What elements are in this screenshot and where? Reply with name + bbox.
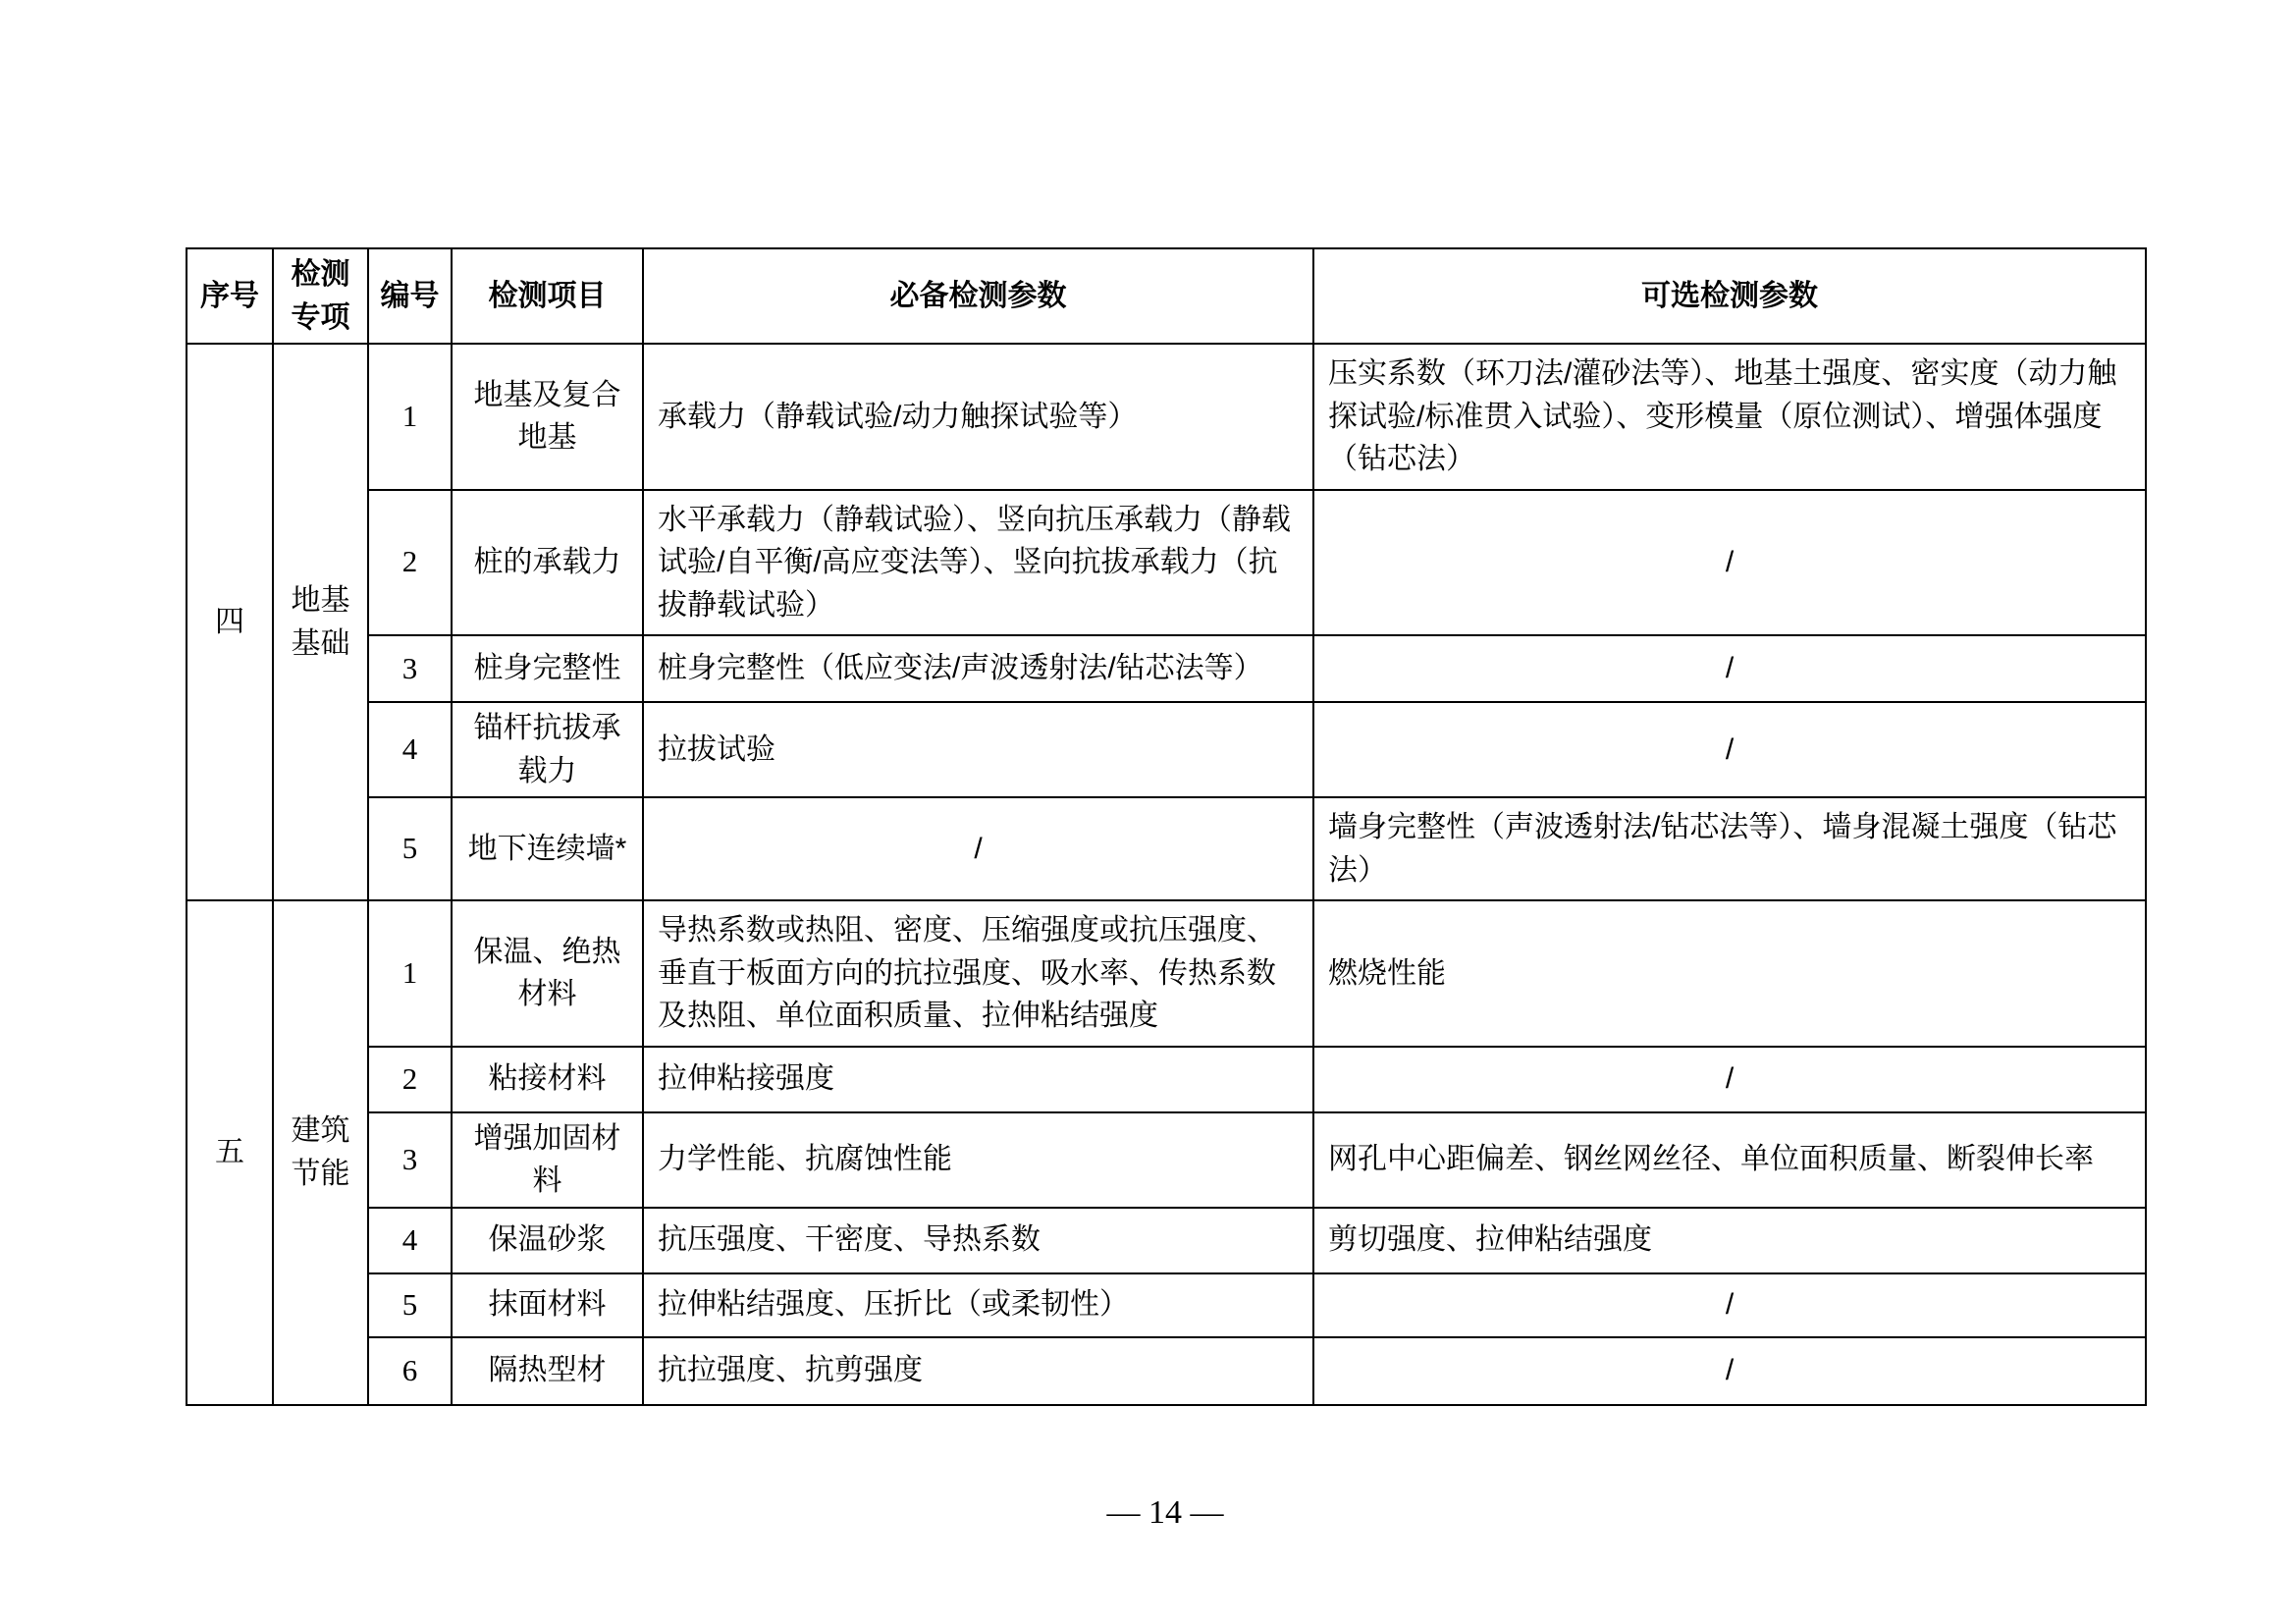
table-row: 2 桩的承载力 水平承载力（静载试验）、竖向抗压承载力（静载试验/自平衡/高应变… [187, 490, 2146, 636]
header-no: 编号 [368, 248, 452, 344]
row-optional-params: / [1313, 1337, 2146, 1405]
document-page: 序号 检测 专项 编号 检测项目 必备检测参数 可选检测参数 四 地基 基础 1… [0, 0, 2296, 1624]
row-optional-params: 压实系数（环刀法/灌砂法等）、地基土强度、密实度（动力触探试验/标准贯入试验）、… [1313, 344, 2146, 490]
section-specialty: 地基 基础 [273, 344, 368, 900]
row-required-params: 抗压强度、干密度、导热系数 [643, 1208, 1313, 1273]
row-required-params: 拉伸粘接强度 [643, 1047, 1313, 1112]
table-header-row: 序号 检测 专项 编号 检测项目 必备检测参数 可选检测参数 [187, 248, 2146, 344]
row-required-params: 水平承载力（静载试验）、竖向抗压承载力（静载试验/自平衡/高应变法等）、竖向抗拔… [643, 490, 1313, 636]
inspection-parameters-table: 序号 检测 专项 编号 检测项目 必备检测参数 可选检测参数 四 地基 基础 1… [186, 247, 2147, 1406]
row-no: 6 [368, 1337, 452, 1405]
row-required-params: / [643, 797, 1313, 900]
section-serial: 五 [187, 900, 273, 1405]
row-optional-params: 剪切强度、拉伸粘结强度 [1313, 1208, 2146, 1273]
header-item: 检测项目 [452, 248, 643, 344]
row-no: 5 [368, 797, 452, 900]
table-row: 4 保温砂浆 抗压强度、干密度、导热系数 剪切强度、拉伸粘结强度 [187, 1208, 2146, 1273]
row-required-params: 拉伸粘结强度、压折比（或柔韧性） [643, 1273, 1313, 1337]
row-item: 地基及复合地基 [452, 344, 643, 490]
row-item: 桩的承载力 [452, 490, 643, 636]
row-optional-params: / [1313, 1273, 2146, 1337]
table-row: 四 地基 基础 1 地基及复合地基 承载力（静载试验/动力触探试验等） 压实系数… [187, 344, 2146, 490]
row-item: 增强加固材料 [452, 1112, 643, 1208]
row-optional-params: 网孔中心距偏差、钢丝网丝径、单位面积质量、断裂伸长率 [1313, 1112, 2146, 1208]
row-required-params: 抗拉强度、抗剪强度 [643, 1337, 1313, 1405]
row-optional-params: / [1313, 635, 2146, 702]
row-item: 保温、绝热材料 [452, 900, 643, 1047]
header-specialty: 检测 专项 [273, 248, 368, 344]
header-serial: 序号 [187, 248, 273, 344]
row-no: 2 [368, 490, 452, 636]
table-row: 3 增强加固材料 力学性能、抗腐蚀性能 网孔中心距偏差、钢丝网丝径、单位面积质量… [187, 1112, 2146, 1208]
row-item: 保温砂浆 [452, 1208, 643, 1273]
row-required-params: 承载力（静载试验/动力触探试验等） [643, 344, 1313, 490]
row-required-params: 拉拔试验 [643, 702, 1313, 797]
row-item: 地下连续墙* [452, 797, 643, 900]
row-required-params: 力学性能、抗腐蚀性能 [643, 1112, 1313, 1208]
row-item: 桩身完整性 [452, 635, 643, 702]
row-item: 锚杆抗拔承载力 [452, 702, 643, 797]
row-no: 3 [368, 635, 452, 702]
row-no: 3 [368, 1112, 452, 1208]
row-optional-params: / [1313, 702, 2146, 797]
table-row: 6 隔热型材 抗拉强度、抗剪强度 / [187, 1337, 2146, 1405]
header-required-params: 必备检测参数 [643, 248, 1313, 344]
row-no: 2 [368, 1047, 452, 1112]
row-optional-params: 墙身完整性（声波透射法/钻芯法等）、墙身混凝土强度（钻芯法） [1313, 797, 2146, 900]
row-no: 1 [368, 344, 452, 490]
row-no: 4 [368, 702, 452, 797]
row-optional-params: 燃烧性能 [1313, 900, 2146, 1047]
table-row: 5 抹面材料 拉伸粘结强度、压折比（或柔韧性） / [187, 1273, 2146, 1337]
table-row: 五 建筑 节能 1 保温、绝热材料 导热系数或热阻、密度、压缩强度或抗压强度、垂… [187, 900, 2146, 1047]
row-item: 粘接材料 [452, 1047, 643, 1112]
section-serial: 四 [187, 344, 273, 900]
row-required-params: 桩身完整性（低应变法/声波透射法/钻芯法等） [643, 635, 1313, 702]
row-no: 4 [368, 1208, 452, 1273]
header-optional-params: 可选检测参数 [1313, 248, 2146, 344]
section-specialty: 建筑 节能 [273, 900, 368, 1405]
table-row: 5 地下连续墙* / 墙身完整性（声波透射法/钻芯法等）、墙身混凝土强度（钻芯法… [187, 797, 2146, 900]
row-no: 1 [368, 900, 452, 1047]
row-required-params: 导热系数或热阻、密度、压缩强度或抗压强度、垂直于板面方向的抗拉强度、吸水率、传热… [643, 900, 1313, 1047]
table-row: 4 锚杆抗拔承载力 拉拔试验 / [187, 702, 2146, 797]
row-optional-params: / [1313, 1047, 2146, 1112]
table-row: 2 粘接材料 拉伸粘接强度 / [187, 1047, 2146, 1112]
page-number: — 14 — [186, 1494, 2145, 1532]
row-no: 5 [368, 1273, 452, 1337]
row-optional-params: / [1313, 490, 2146, 636]
row-item: 隔热型材 [452, 1337, 643, 1405]
row-item: 抹面材料 [452, 1273, 643, 1337]
table-row: 3 桩身完整性 桩身完整性（低应变法/声波透射法/钻芯法等） / [187, 635, 2146, 702]
